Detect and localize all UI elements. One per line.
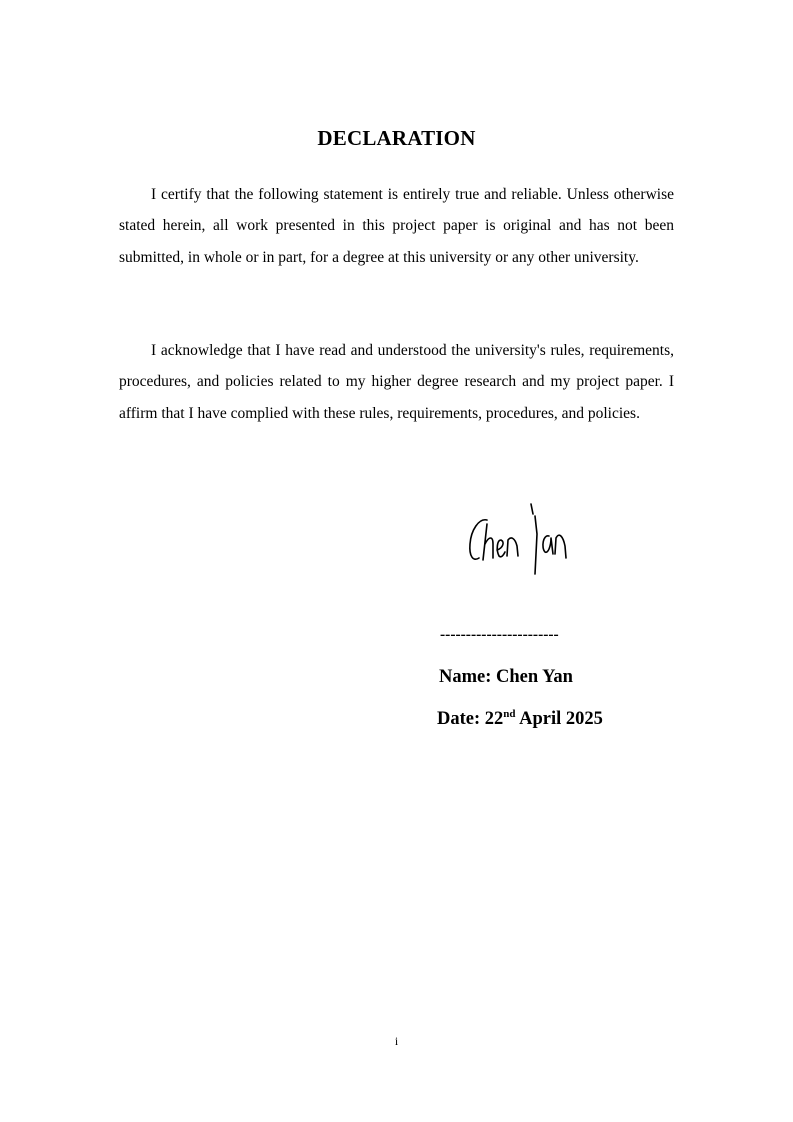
date-label: Date: [437,709,480,729]
signature-date: Date: 22nd April 2025 [437,708,603,730]
signature-icon [465,500,585,580]
page-number: i [0,1034,793,1049]
date-rest: April 2025 [519,709,603,729]
declaration-paragraph-2: I acknowledge that I have read and under… [119,335,674,429]
name-label: Name: [439,667,491,687]
signatory-name: Name: Chen Yan [439,667,573,688]
date-suffix: nd [503,708,515,720]
signature-line: ----------------------- [440,626,559,644]
date-day: 22 [485,709,504,729]
name-value: Chen Yan [496,667,573,687]
declaration-paragraph-1: I certify that the following statement i… [119,179,674,273]
page-title: DECLARATION [0,126,793,151]
